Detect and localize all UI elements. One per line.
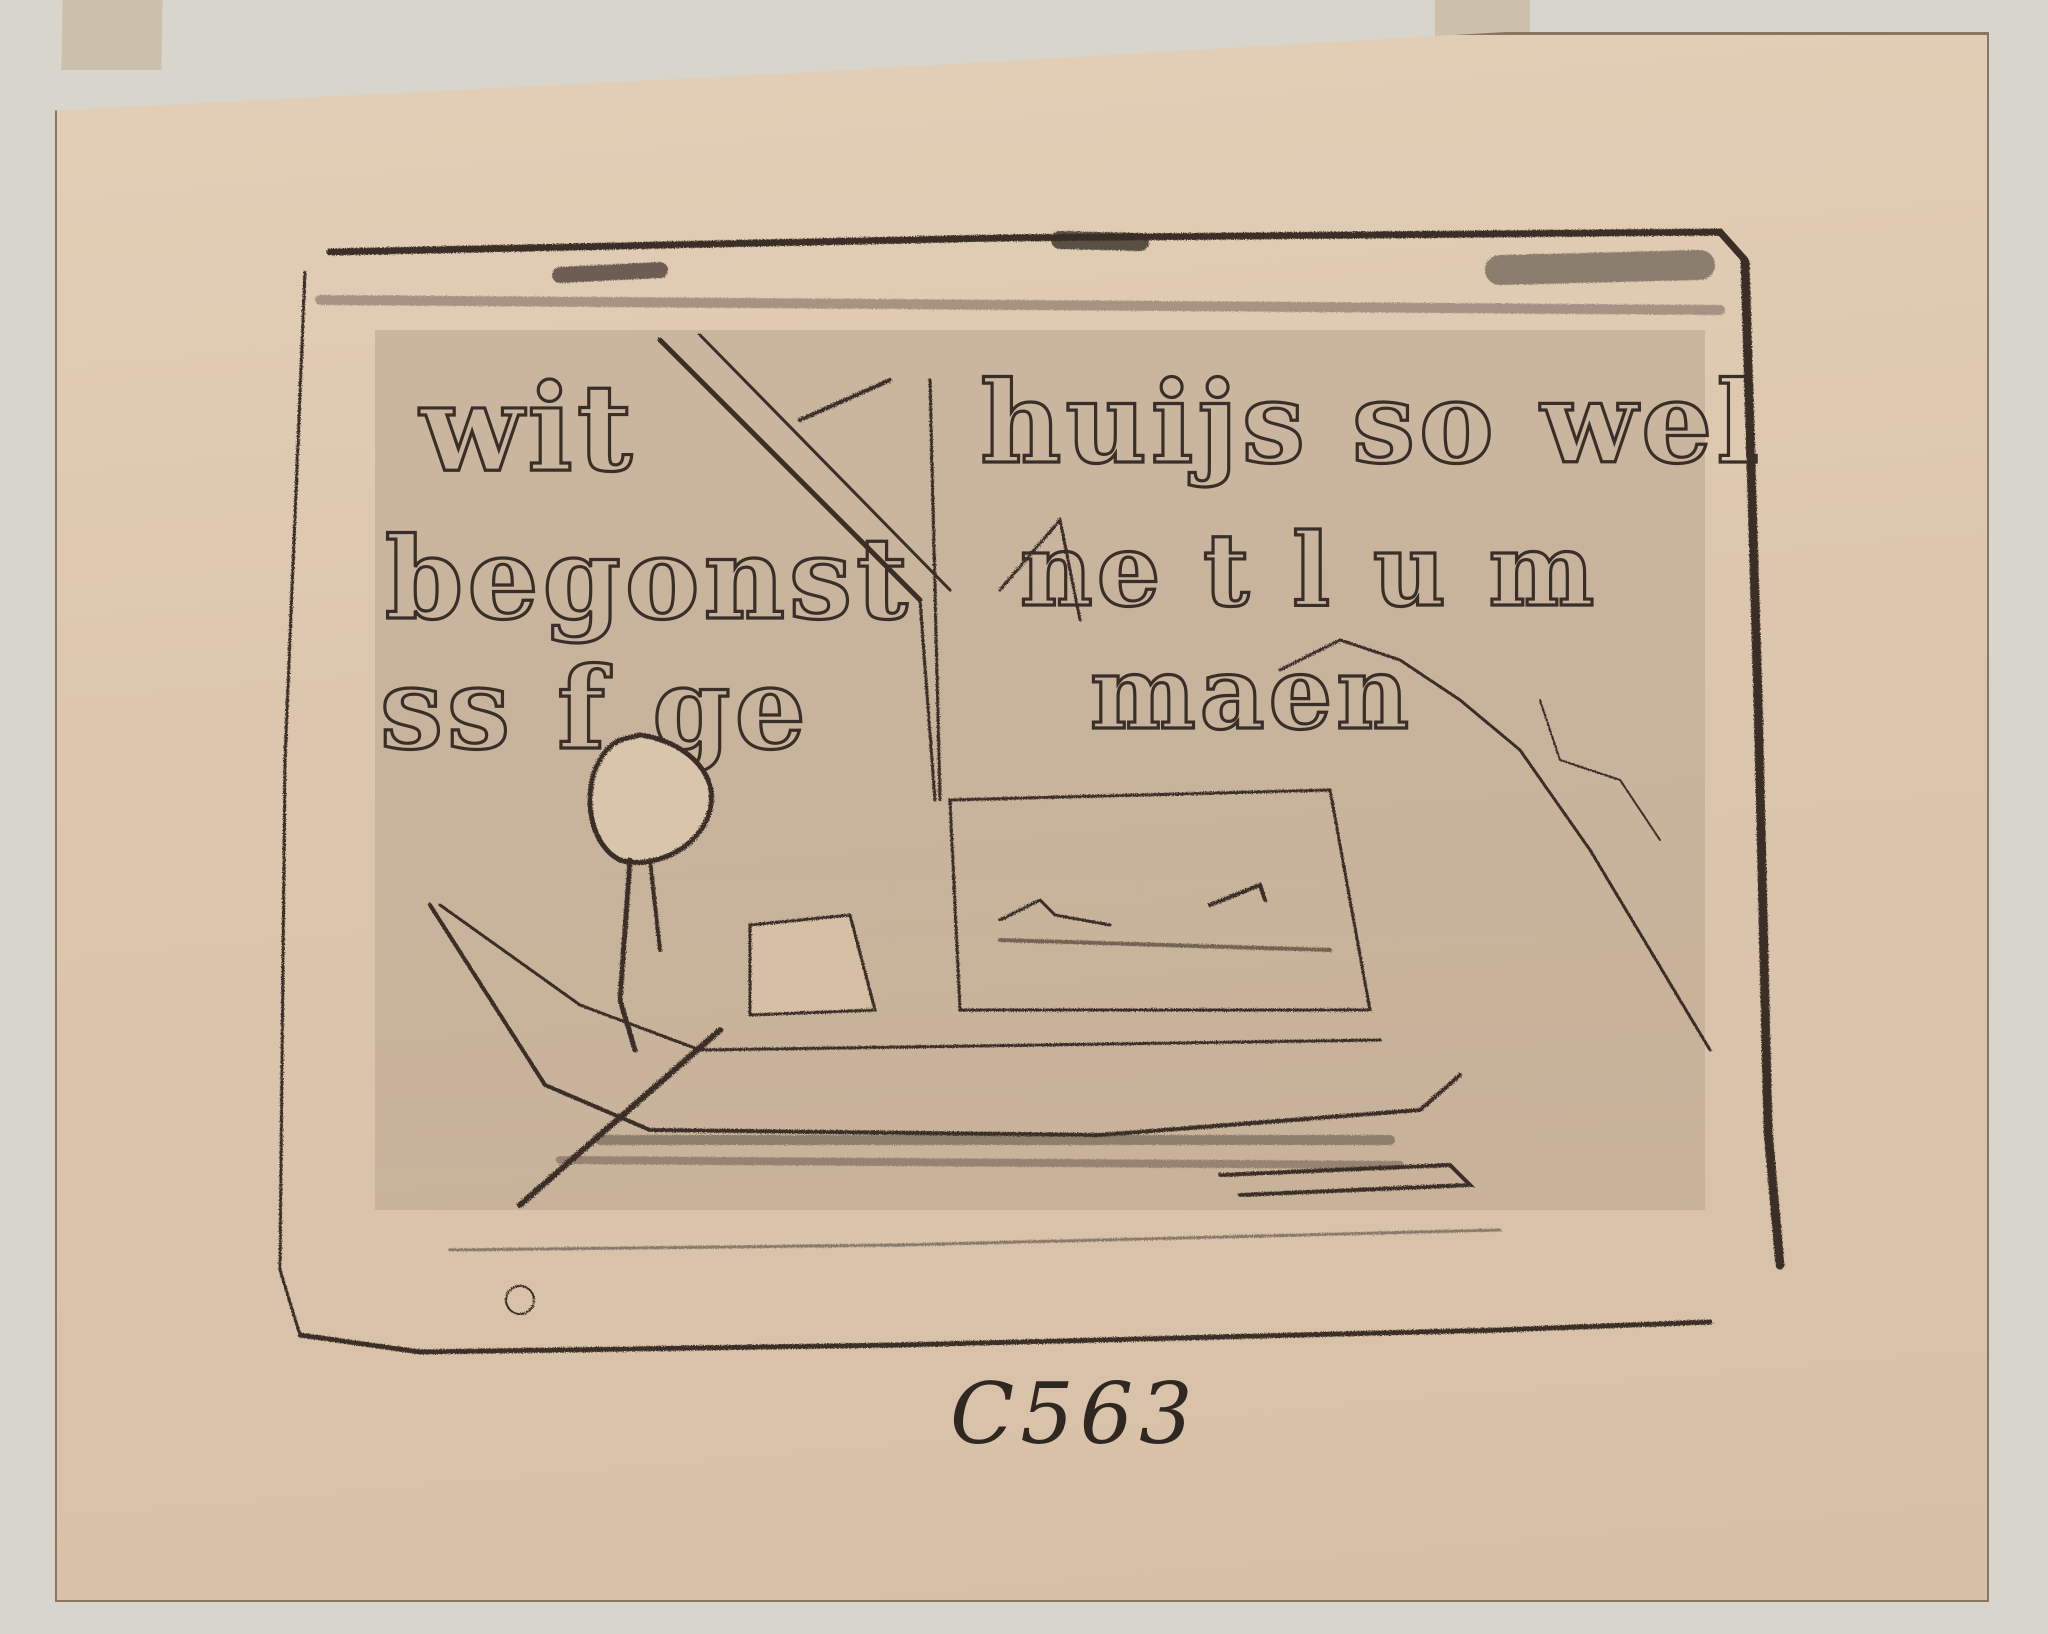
inscription-line3-right: maen bbox=[1090, 634, 1413, 752]
inscription-line1-right: huijs so wel bbox=[980, 358, 1763, 489]
inscription-line2-left: begonst bbox=[385, 514, 912, 645]
inscription-line1-left: wit bbox=[418, 358, 636, 499]
catalog-number: C563 bbox=[950, 1365, 1199, 1463]
inscription-line3-left: ss f ge bbox=[380, 644, 810, 775]
inscription-line2-right: ne t l u m bbox=[1020, 511, 1598, 629]
